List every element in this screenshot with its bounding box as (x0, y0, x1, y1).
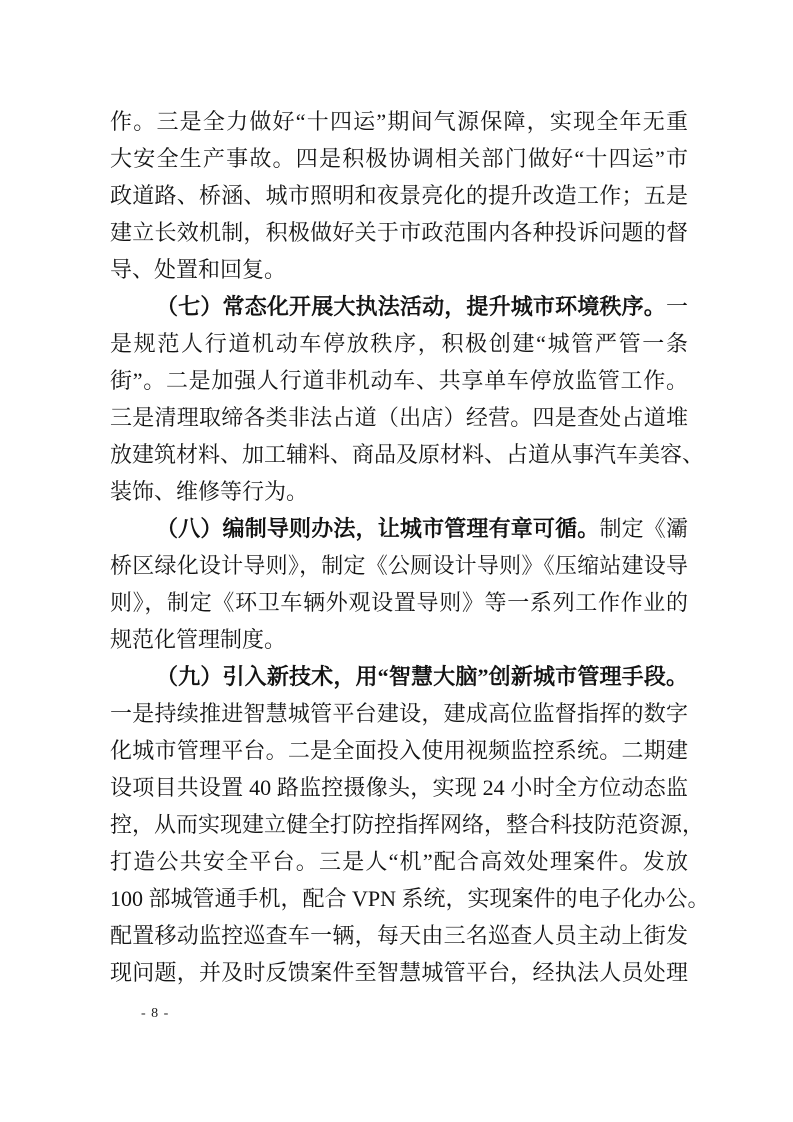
paragraph: （九）引入新技术，用“智慧大脑”创新城市管理手段。 一是持续推进智慧城管平台建设… (110, 658, 688, 991)
text-line: 一是持续推进智慧城管平台建设，建成高位监督指挥的数字 (110, 695, 688, 732)
line-text: 打造公共安全平台。三是人“机”配合高效处理案件。发放 (110, 849, 688, 874)
line-text: 现问题，并及时反馈案件至智慧城管平台，经执法人员处理 (110, 960, 688, 985)
text-line: 规范化管理制度。 (110, 621, 688, 658)
section-heading: （九）引入新技术，用“智慧大脑”创新城市管理手段。 (156, 664, 688, 689)
text-line: 政道路、桥涵、城市照明和夜景亮化的提升改造工作；五是 (110, 177, 688, 214)
line-text: 导、处置和回复。 (110, 257, 286, 282)
text-line: 装饰、维修等行为。 (110, 473, 688, 510)
line-text: 装饰、维修等行为。 (110, 479, 308, 504)
text-line: （八）编制导则办法，让城市管理有章可循。制定《灞 (110, 510, 688, 547)
text-block: 作。三是全力做好“十四运”期间气源保障，实现全年无重 大安全生产事故。四是积极协… (110, 103, 688, 991)
text-line: 大安全生产事故。四是积极协调相关部门做好“十四运”市 (110, 140, 688, 177)
text-line: 现问题，并及时反馈案件至智慧城管平台，经执法人员处理 (110, 954, 688, 991)
text-line: （七）常态化开展大执法活动，提升城市环境秩序。一 (110, 288, 688, 325)
line-text: 一是持续推进智慧城管平台建设，建成高位监督指挥的数字 (110, 701, 688, 726)
line-text: 桥区绿化设计导则》，制定《公厕设计导则》《压缩站建设导 (110, 553, 688, 578)
section-heading: （八）编制导则办法，让城市管理有章可循。 (156, 516, 599, 541)
line-text: 则》，制定《环卫车辆外观设置导则》等一系列工作作业的 (110, 590, 688, 615)
text-line: 打造公共安全平台。三是人“机”配合高效处理案件。发放 (110, 843, 688, 880)
text-line: 设项目共设置 40 路监控摄像头，实现 24 小时全方位动态监 (110, 769, 688, 806)
line-text: 街”。二是加强人行道非机动车、共享单车停放监管工作。 (110, 368, 688, 393)
line-text: 制定《灞 (599, 516, 688, 541)
line-text: 设项目共设置 40 路监控摄像头，实现 24 小时全方位动态监 (110, 775, 688, 800)
text-line: 桥区绿化设计导则》，制定《公厕设计导则》《压缩站建设导 (110, 547, 688, 584)
line-text: 政道路、桥涵、城市照明和夜景亮化的提升改造工作；五是 (110, 183, 688, 208)
line-text: 配置移动监控巡查车一辆，每天由三名巡查人员主动上街发 (110, 923, 688, 948)
line-text: 三是清理取缔各类非法占道（出店）经营。四是查处占道堆 (110, 405, 688, 430)
text-line: 三是清理取缔各类非法占道（出店）经营。四是查处占道堆 (110, 399, 688, 436)
line-text: 控，从而实现建立健全打防控指挥网络，整合科技防范资源， (110, 812, 704, 837)
page-number: - 8 - (141, 1005, 169, 1023)
line-text: 大安全生产事故。四是积极协调相关部门做好“十四运”市 (110, 146, 688, 171)
text-line: 则》，制定《环卫车辆外观设置导则》等一系列工作作业的 (110, 584, 688, 621)
text-line: 建立长效机制，积极做好关于市政范围内各种投诉问题的督 (110, 214, 688, 251)
line-text: 100 部城管通手机，配合 VPN 系统，实现案件的电子化办公。 (110, 886, 710, 911)
text-line: 放建筑材料、加工辅料、商品及原材料、占道从事汽车美容、 (110, 436, 688, 473)
text-line: 街”。二是加强人行道非机动车、共享单车停放监管工作。 (110, 362, 688, 399)
text-line: 化城市管理平台。二是全面投入使用视频监控系统。二期建 (110, 732, 688, 769)
line-text: 是规范人行道机动车停放秩序，积极创建“城管严管一条 (110, 331, 688, 356)
line-text: 建立长效机制，积极做好关于市政范围内各种投诉问题的督 (110, 220, 688, 245)
line-text: 放建筑材料、加工辅料、商品及原材料、占道从事汽车美容、 (110, 442, 704, 467)
text-line: 导、处置和回复。 (110, 251, 688, 288)
document-page: 作。三是全力做好“十四运”期间气源保障，实现全年无重 大安全生产事故。四是积极协… (0, 0, 793, 1122)
text-line: 100 部城管通手机，配合 VPN 系统，实现案件的电子化办公。 (110, 880, 688, 917)
text-line: 作。三是全力做好“十四运”期间气源保障，实现全年无重 (110, 103, 688, 140)
line-text: 化城市管理平台。二是全面投入使用视频监控系统。二期建 (110, 738, 688, 763)
paragraph: 作。三是全力做好“十四运”期间气源保障，实现全年无重 大安全生产事故。四是积极协… (110, 103, 688, 288)
text-line: 是规范人行道机动车停放秩序，积极创建“城管严管一条 (110, 325, 688, 362)
paragraph: （八）编制导则办法，让城市管理有章可循。制定《灞 桥区绿化设计导则》，制定《公厕… (110, 510, 688, 658)
section-heading: （七）常态化开展大执法活动，提升城市环境秩序。 (156, 294, 666, 319)
text-line: 控，从而实现建立健全打防控指挥网络，整合科技防范资源， (110, 806, 688, 843)
paragraph: （七）常态化开展大执法活动，提升城市环境秩序。一 是规范人行道机动车停放秩序，积… (110, 288, 688, 510)
text-line: （九）引入新技术，用“智慧大脑”创新城市管理手段。 (110, 658, 688, 695)
text-line: 配置移动监控巡查车一辆，每天由三名巡查人员主动上街发 (110, 917, 688, 954)
line-text: 规范化管理制度。 (110, 627, 286, 652)
line-text: 一 (666, 294, 688, 319)
line-text: 作。三是全力做好“十四运”期间气源保障，实现全年无重 (110, 109, 688, 134)
